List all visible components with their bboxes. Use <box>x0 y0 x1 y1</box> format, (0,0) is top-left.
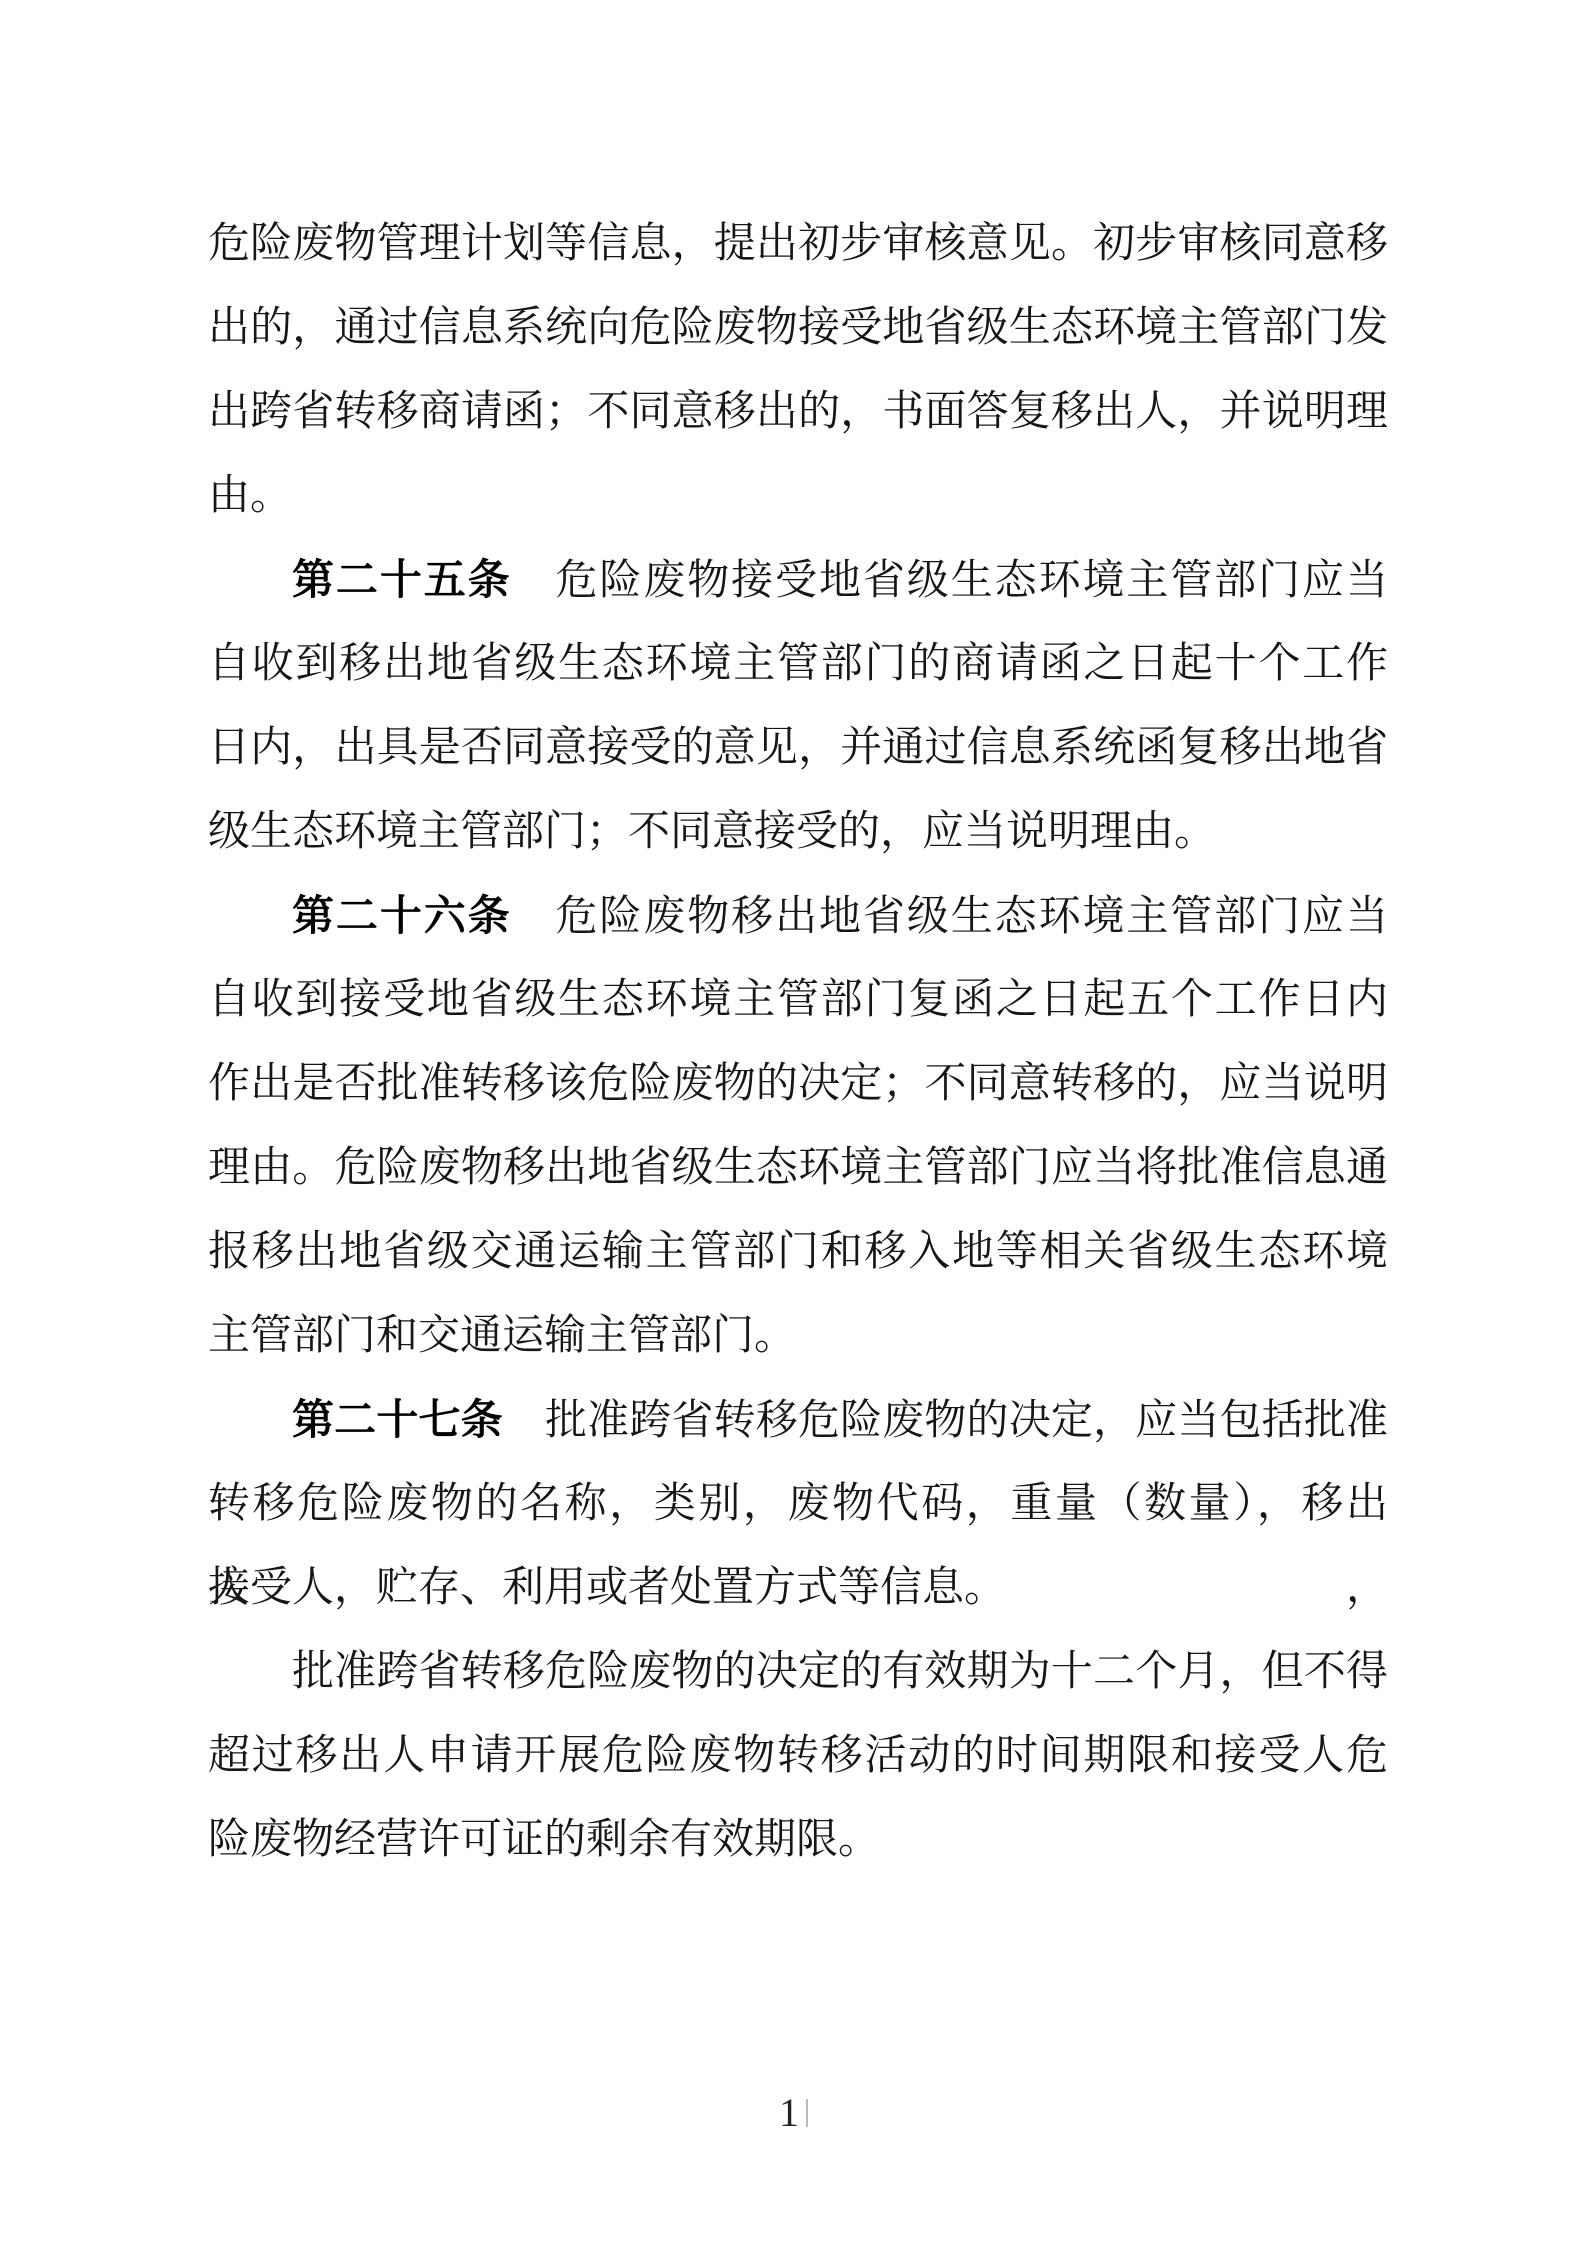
article-number: 第二十五条 <box>292 556 512 603</box>
text-segment: 批准跨省转移危险废物的决定的有效期为十二个月，但不得 <box>292 1649 1388 1695</box>
text-line: 超过移出人申请开展危险废物转移活动的时间期限和接受人危 <box>208 1714 1388 1798</box>
text-segment: 理由。危险废物移出地省级生态环境主管部门应当将批准信息通 <box>208 1145 1388 1191</box>
text-segment: 由。 <box>208 473 292 519</box>
text-line: 理由。危险废物移出地省级生态环境主管部门应当将批准信息通 <box>208 1126 1388 1210</box>
text-line: 第二十七条 批准跨省转移危险废物的决定，应当包括批准 <box>208 1378 1388 1462</box>
text-line: 报移出地省级交通运输主管部门和移入地等相关省级生态环境 <box>208 1210 1388 1294</box>
article-number: 第二十六条 <box>292 892 512 939</box>
text-line: 自收到移出地省级生态环境主管部门的商请函之日起十个工作 <box>208 622 1388 706</box>
text-segment: 危险废物管理计划等信息，提出初步审核意见。初步审核同意移 <box>208 221 1388 267</box>
text-segment: 级生态环境主管部门；不同意接受的，应当说明理由。 <box>208 809 1216 855</box>
text-segment: 接受人，贮存、利用或者处置方式等信息。 <box>208 1565 1006 1611</box>
document-page: 危险废物管理计划等信息，提出初步审核意见。初步审核同意移出的，通过信息系统向危险… <box>0 0 1587 2245</box>
text-line: 出的，通过信息系统向危险废物接受地省级生态环境主管部门发 <box>208 286 1388 370</box>
text-line: 由。 <box>208 454 1388 538</box>
text-line: 级生态环境主管部门；不同意接受的，应当说明理由。 <box>208 790 1388 874</box>
text-segment: 自收到移出地省级生态环境主管部门的商请函之日起十个工作 <box>208 641 1388 687</box>
text-segment: 作出是否批准转移该危险废物的决定；不同意转移的，应当说明 <box>208 1061 1388 1107</box>
text-line: 危险废物管理计划等信息，提出初步审核意见。初步审核同意移 <box>208 202 1388 286</box>
text-line: 第二十六条 危险废物移出地省级生态环境主管部门应当 <box>208 874 1388 958</box>
text-line: 日内，出具是否同意接受的意见，并通过信息系统函复移出地省 <box>208 706 1388 790</box>
text-segment: 出跨省转移商请函；不同意移出的，书面答复移出人，并说明理 <box>208 389 1388 435</box>
text-segment: 危险废物接受地省级生态环境主管部门应当 <box>512 558 1388 604</box>
text-segment: 日内，出具是否同意接受的意见，并通过信息系统函复移出地省 <box>208 725 1388 771</box>
text-segment: 主管部门和交通运输主管部门。 <box>208 1313 796 1359</box>
text-segment: 出的，通过信息系统向危险废物接受地省级生态环境主管部门发 <box>208 305 1388 351</box>
page-footer: 1 <box>0 2086 1587 2136</box>
text-segment: 报移出地省级交通运输主管部门和移入地等相关省级生态环境 <box>208 1229 1388 1275</box>
text-line: 作出是否批准转移该危险废物的决定；不同意转移的，应当说明 <box>208 1042 1388 1126</box>
text-line: 自收到接受地省级生态环境主管部门复函之日起五个工作日内 <box>208 958 1388 1042</box>
text-segment: 险废物经营许可证的剩余有效期限。 <box>208 1817 880 1863</box>
text-segment: 超过移出人申请开展危险废物转移活动的时间期限和接受人危 <box>208 1733 1388 1779</box>
text-segment: 自收到接受地省级生态环境主管部门复函之日起五个工作日内 <box>208 977 1388 1023</box>
page-number: 1 <box>779 2090 799 2136</box>
page-number-artifact <box>806 2099 808 2127</box>
text-line: 第二十五条 危险废物接受地省级生态环境主管部门应当 <box>208 538 1388 622</box>
text-line: 险废物经营许可证的剩余有效期限。 <box>208 1798 1388 1882</box>
text-line: 转移危险废物的名称，类别，废物代码，重量（数量），移出人， <box>208 1462 1388 1546</box>
text-line: 批准跨省转移危险废物的决定的有效期为十二个月，但不得 <box>208 1630 1388 1714</box>
article-number: 第二十七条 <box>292 1396 503 1443</box>
text-line: 出跨省转移商请函；不同意移出的，书面答复移出人，并说明理 <box>208 370 1388 454</box>
document-body: 危险废物管理计划等信息，提出初步审核意见。初步审核同意移出的，通过信息系统向危险… <box>208 202 1388 1882</box>
text-line: 主管部门和交通运输主管部门。 <box>208 1294 1388 1378</box>
text-segment: 批准跨省转移危险废物的决定，应当包括批准 <box>503 1398 1388 1444</box>
text-segment: 危险废物移出地省级生态环境主管部门应当 <box>512 894 1388 940</box>
